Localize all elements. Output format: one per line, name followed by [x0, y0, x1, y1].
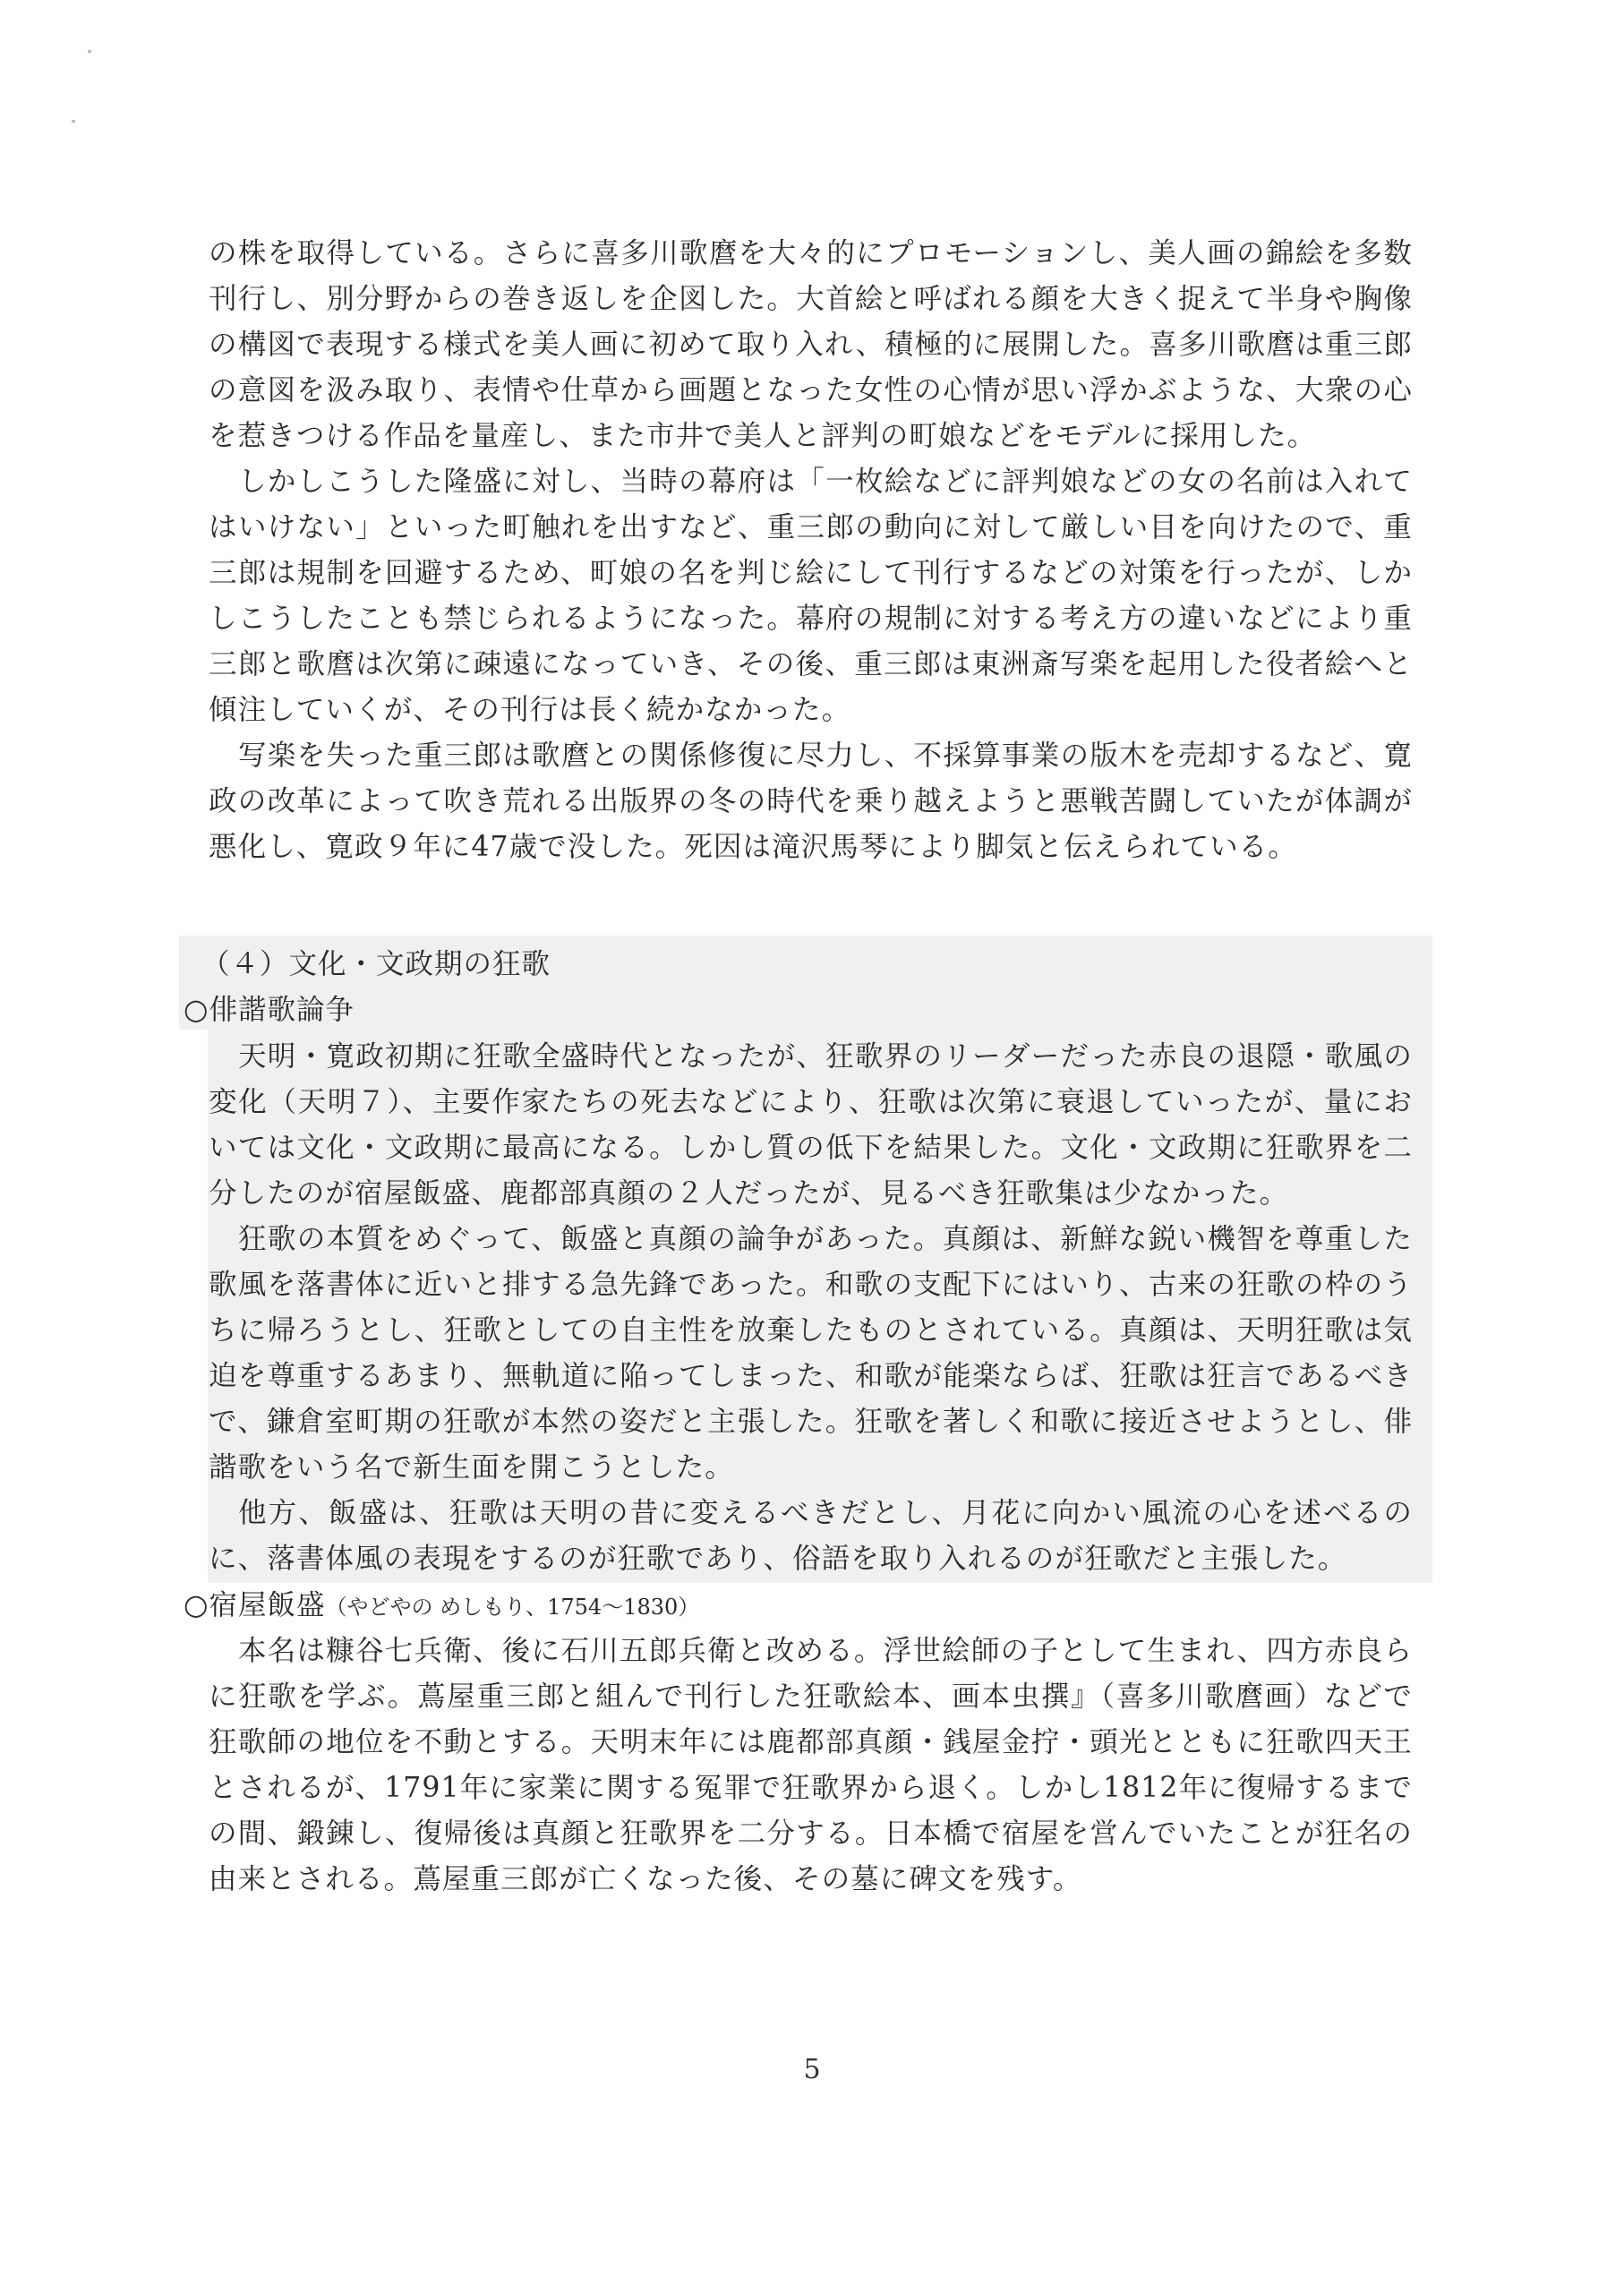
paragraph: 写楽を失った重三郎は歌麿との関係修復に尽力し、不採算事業の版木を売却するなど、寛…: [209, 733, 1413, 870]
scan-speck: [88, 50, 91, 53]
person-heading: ○宿屋飯盛（やどやの めしもり、1754〜1830）: [184, 1583, 699, 1630]
section-heading: （４）文化・文政期の狂歌: [184, 942, 551, 988]
person-reading-dates: （やどやの めしもり、1754〜1830）: [326, 1595, 700, 1620]
paragraph: 本名は糠谷七兵衛、後に石川五郎兵衛と改める。浮世絵師の子として生まれ、四方赤良ら…: [209, 1629, 1413, 1903]
paragraph: しかしこうした隆盛に対し、当時の幕府は「一枚絵などに評判娘などの女の名前は入れて…: [209, 459, 1413, 733]
page-number: 5: [0, 2052, 1624, 2088]
paragraph: の株を取得している。さらに喜多川歌麿を大々的にプロモーションし、美人画の錦絵を多…: [209, 231, 1413, 459]
section-haikaika-debate: 天明・寛政初期に狂歌全盛時代となったが、狂歌界のリーダーだった赤良の退隠・歌風の…: [209, 1034, 1413, 1582]
person-name: ○宿屋飯盛: [184, 1589, 326, 1621]
scan-speck: [72, 120, 75, 123]
document-page: の株を取得している。さらに喜多川歌麿を大々的にプロモーションし、美人画の錦絵を多…: [0, 0, 1624, 2292]
section-tsutaya-continued: の株を取得している。さらに喜多川歌麿を大々的にプロモーションし、美人画の錦絵を多…: [209, 231, 1413, 870]
paragraph: 狂歌の本質をめぐって、飯盛と真顔の論争があった。真顔は、新鮮な鋭い機智を尊重した…: [209, 1217, 1413, 1491]
paragraph: 他方、飯盛は、狂歌は天明の昔に変えるべきだとし、月花に向かい風流の心を述べるのに…: [209, 1491, 1413, 1582]
section-yadoya-meshimori: 本名は糠谷七兵衛、後に石川五郎兵衛と改める。浮世絵師の子として生まれ、四方赤良ら…: [209, 1629, 1413, 1903]
paragraph: 天明・寛政初期に狂歌全盛時代となったが、狂歌界のリーダーだった赤良の退隠・歌風の…: [209, 1034, 1413, 1217]
section-kyoka-headings: （４）文化・文政期の狂歌 ○俳諧歌論争: [184, 942, 551, 1033]
sub-heading: ○俳諧歌論争: [184, 988, 551, 1033]
